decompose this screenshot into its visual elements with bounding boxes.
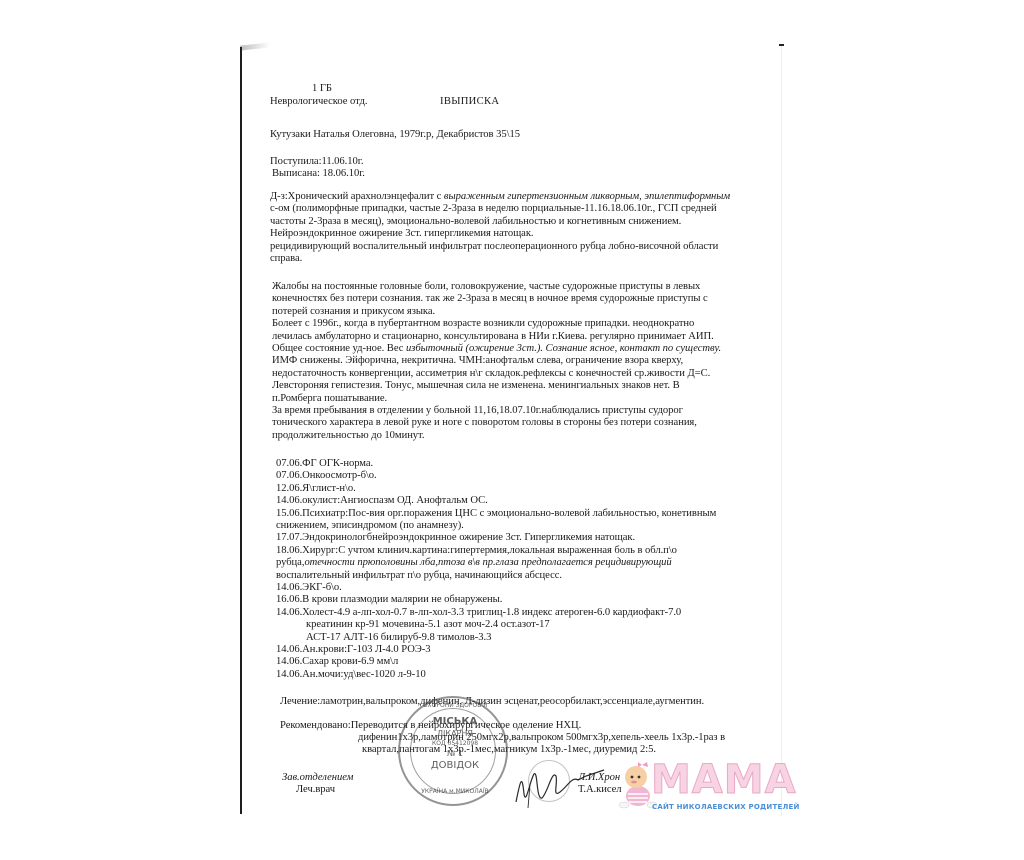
diag-line: с-ом (полиморфные припадки, частые 2-3ра…: [270, 202, 717, 215]
exams-line: АСТ-17 АЛТ-16 билируб-9.8 тимолов-3.3: [306, 631, 491, 644]
exams-line: 14.06.ЭКГ-б\о.: [276, 581, 342, 594]
exams-line: 07.06.Онкоосмотр-б\о.: [276, 469, 377, 482]
exams-line: рубца,отечности прюполовины лба,птоза в\…: [276, 556, 672, 569]
stamp-text: ОХОРОНИ ЗДОРОВ'Я: [400, 702, 510, 709]
anam-line: продолжительностью до 10минут.: [272, 429, 424, 442]
exams-line: 12.06.Я\глист-н\о.: [276, 482, 356, 495]
anam-line: конечностях без потери сознания. так же …: [272, 292, 708, 305]
watermark-logo: МАМА: [651, 760, 797, 800]
stamp-text: КОД 05412098: [400, 740, 510, 747]
department-name: Неврологическое отд.: [270, 95, 367, 108]
exams-line: 14.06.Сахар крови-6.9 мм\л: [276, 655, 398, 668]
exams-line: 14.06.Холест-4.9 а-лп-хол-0.7 в-лп-хол-3…: [276, 606, 681, 619]
anam-line: потерей сознания и прикусом языка.: [272, 305, 435, 318]
anam-line: п.Ромберга пошатывание.: [272, 392, 387, 405]
discharge-date: Выписана: 18.06.10г.: [272, 167, 365, 180]
exams-line: 18.06.Хирург:С учтом клинич.картина:гипе…: [276, 544, 677, 557]
anam-line: Общее состояние уд-ное. Вес избыточный (…: [272, 342, 721, 355]
exams-line: креатинин кр-91 мочевина-5.1 азот моч-2.…: [306, 618, 550, 631]
attending-doctor-label: Леч.врач: [296, 783, 335, 796]
watermark-subtitle: САЙТ НИКОЛАЕВСКИХ РОДИТЕЛЕЙ: [652, 803, 800, 811]
anam-line: Левстороняя гепистезия. Тонус, мышечная …: [272, 379, 680, 392]
diag-line: частоты 2-3раза в месяц), эмоционально-в…: [270, 215, 681, 228]
page-left-edge: [240, 47, 242, 814]
stamp-text: МІСЬКА: [400, 716, 510, 727]
stamp-text: ДОВІДОК: [400, 760, 510, 771]
official-stamp: ОХОРОНИ ЗДОРОВ'Я МІСЬКА ЛІКАРНЯ КОД 0541…: [398, 696, 508, 806]
anam-line: лечилась амбулаторно и стационарно, конс…: [272, 330, 714, 343]
diag-line: справа.: [270, 252, 302, 265]
stamp-text: ЛІКАРНЯ: [400, 729, 510, 738]
exams-line: 17.07.Эндокринологбнейроэндокринное ожир…: [276, 531, 635, 544]
anam-line: За время пребывания в отделении у больно…: [272, 404, 683, 417]
stamp-text: № 1: [400, 749, 510, 758]
anam-line: ИМФ снижены. Эйфорична, некритична. ЧМН:…: [272, 354, 683, 367]
diag-line: Д-з:Хронический арахнолэнцефалит с выраж…: [270, 190, 730, 203]
anam-line: Жалобы на постоянные головные боли, голо…: [272, 280, 700, 293]
exams-line: 14.06.Ан.мочи:уд\вес-1020 л-9-10: [276, 668, 426, 681]
diag-line: рецидивирующий воспалительный инфильтрат…: [270, 240, 718, 253]
page-right-edge: [781, 46, 782, 816]
exams-line: 14.06.Ан.крови:Г-103 Л-4.0 РОЭ-3: [276, 643, 431, 656]
exams-line: воспалительный инфильтрат п\о рубца, нач…: [276, 569, 562, 582]
exams-line: 16.06.В крови плазмодии малярии не обнар…: [276, 593, 502, 606]
stamp-text: УКРАЇНА м.МИКОЛАЇВ: [400, 788, 510, 795]
exams-line: 14.06.окулист:Ангиоспазм ОД. Анофтальм О…: [276, 494, 488, 507]
patient-info: Кутузаки Наталья Олеговна, 1979г.р, Дека…: [270, 128, 520, 141]
hospital-name: 1 ГБ: [312, 82, 332, 95]
exams-line: 15.06.Психиатр:Пос-вия орг.поражения ЦНС…: [276, 507, 716, 520]
anam-line: тонического характера в левой руке и ног…: [272, 416, 697, 429]
anam-line: недостаточность конвергенции, ассиметрия…: [272, 367, 710, 380]
anam-line: Болеет с 1996г., когда в пубертантном во…: [272, 317, 694, 330]
exams-line: 07.06.ФГ ОГК-норма.: [276, 457, 373, 470]
exams-line: снижением, эписиндромом (по анамнезу).: [276, 519, 464, 532]
document-title: ІВЫПИСКА: [440, 95, 499, 108]
diag-line: Нейроэндокринное ожирение 3ст. гиперглик…: [270, 227, 534, 240]
